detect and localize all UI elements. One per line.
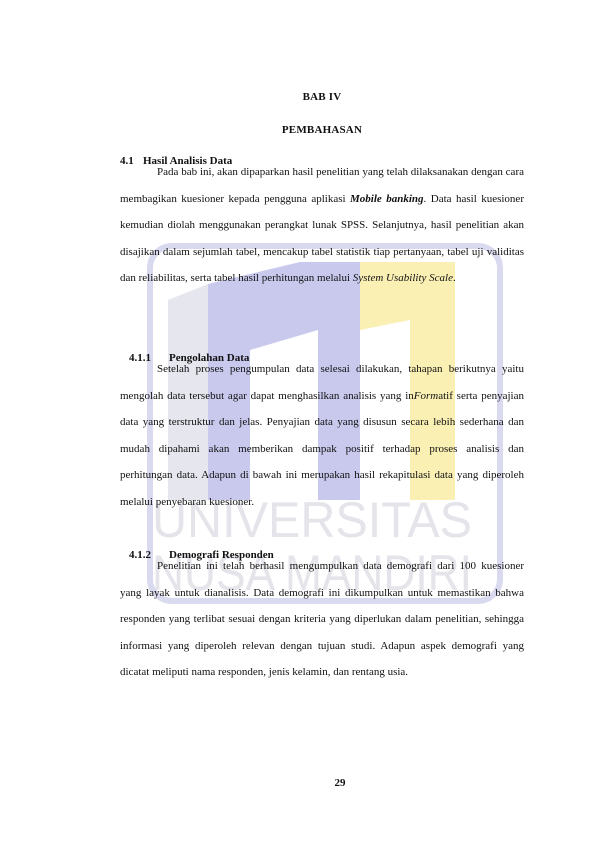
italic-system-usability-scale: System Usability Scale: [353, 272, 453, 284]
paragraph-demografi-responden: Penelitian ini telah berhasil mengumpulk…: [120, 553, 524, 686]
paragraph-pengolahan-data: Setelah proses pengumpulan data selesai …: [120, 356, 524, 515]
page-number: 29: [120, 777, 560, 789]
chapter-title: PEMBAHASAN: [120, 124, 524, 136]
emphasis-mobile-banking: Mobile banking: [350, 193, 424, 205]
paragraph-hasil-analisis: Pada bab ini, akan dipaparkan hasil pene…: [120, 159, 524, 292]
chapter-number: BAB IV: [120, 91, 524, 103]
italic-form: Form: [414, 390, 438, 402]
